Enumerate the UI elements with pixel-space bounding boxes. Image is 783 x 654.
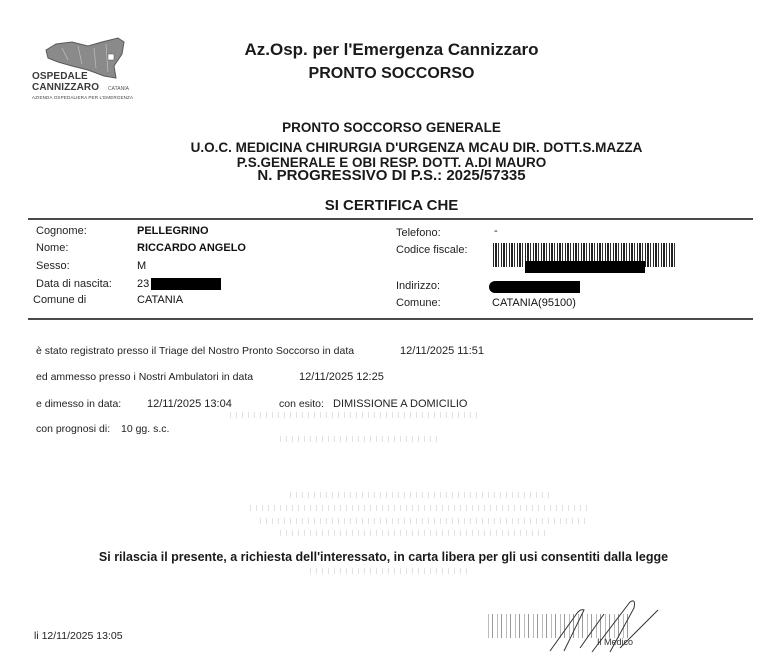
footer-date: li 12/11/2025 13:05 [34, 630, 123, 642]
institution-name: Az.Osp. per l'Emergenza Cannizzaro [0, 40, 783, 60]
signature-area: Il Medico [480, 596, 680, 654]
top-divider [28, 218, 753, 220]
admitted-date: 12/11/2025 12:25 [299, 371, 384, 383]
bleedthrough-marks [230, 412, 480, 418]
address-label: Indirizzo: [396, 280, 440, 292]
discharged-date: 12/11/2025 13:04 [147, 398, 232, 410]
bleedthrough-marks [280, 530, 550, 536]
phone-value: - [494, 225, 498, 237]
uoc-line: U.O.C. MEDICINA CHIRURGIA D'URGENZA MCAU… [25, 140, 783, 155]
sex-value: M [137, 260, 146, 272]
certification-title: SI CERTIFICA CHE [0, 197, 783, 214]
birthdate-value: 23 [137, 278, 149, 290]
progressive-number: N. PROGRESSIVO DI P.S.: 2025/57335 [0, 167, 783, 184]
logo-subtitle: AZIENDA OSPEDALIERA PER L'EMERGENZA [32, 95, 133, 100]
bleedthrough-marks [260, 518, 590, 524]
bleedthrough-marks [280, 436, 440, 442]
address-redaction [489, 281, 580, 293]
tax-code-label: Codice fiscale: [396, 244, 468, 256]
admitted-text: ed ammesso presso i Nostri Ambulatori in… [36, 371, 253, 383]
bleedthrough-marks [250, 505, 590, 511]
birthplace-label: Comune di [33, 294, 86, 306]
phone-label: Telefono: [396, 227, 441, 239]
name-value: RICCARDO ANGELO [137, 242, 246, 254]
birthplace-value: CATANIA [137, 294, 183, 306]
surname-label: Cognome: [36, 225, 87, 237]
release-notice: Si rilascia il presente, a richiesta del… [0, 550, 775, 564]
department-name: PRONTO SOCCORSO [0, 65, 783, 83]
municipality-label: Comune: [396, 297, 441, 309]
outcome-value: DIMISSIONE A DOMICILIO [333, 398, 467, 410]
logo-city: CATANIA [108, 86, 129, 92]
prognosis-value: 10 gg. s.c. [121, 423, 169, 435]
bottom-divider [28, 318, 753, 320]
triage-date: 12/11/2025 11:51 [400, 345, 484, 357]
bleedthrough-marks [290, 492, 550, 498]
prognosis-label: con prognosi di: [36, 423, 110, 435]
birthdate-redaction [151, 278, 221, 290]
sex-label: Sesso: [36, 260, 70, 272]
doctor-label: Il Medico [597, 637, 633, 647]
municipality-value: CATANIA(95100) [492, 297, 576, 309]
signature-icon [480, 596, 680, 654]
outcome-label: con esito: [279, 398, 324, 410]
birthdate-label: Data di nascita: [36, 278, 112, 290]
logo-name-line2: CANNIZZARO [32, 83, 99, 93]
bleedthrough-marks [310, 568, 470, 574]
triage-text: è stato registrato presso il Triage del … [36, 345, 354, 357]
tax-code-redaction [525, 261, 645, 273]
surname-value: PELLEGRINO [137, 225, 209, 237]
name-label: Nome: [36, 242, 68, 254]
unit-name: PRONTO SOCCORSO GENERALE [0, 120, 783, 135]
discharged-label: e dimesso in data: [36, 398, 121, 410]
